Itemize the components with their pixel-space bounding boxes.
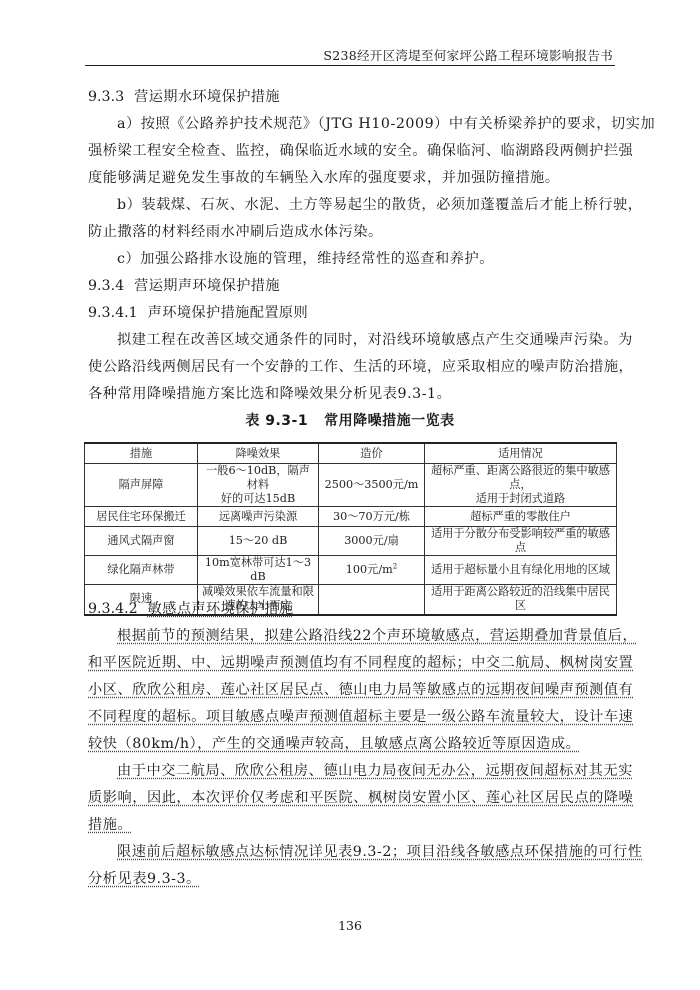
paragraph-line: 不同程度的超标。项目敏感点噪声预测值超标主要是一级公路车流量较大，设计车速 — [88, 704, 614, 731]
column-header: 造价 — [319, 443, 425, 464]
paragraph-line: 由于中交二航局、欣欣公租房、德山电力局夜间无办公，远期夜间超标对其无实 — [88, 758, 614, 785]
tracked-text: 由于中交二航局、欣欣公租房、德山电力局夜间无办公，远期夜间超标对其无实 — [117, 763, 633, 779]
section-number: 9.3.4.1 — [88, 300, 138, 327]
document-body: 9.3.3营运期水环境保护措施 a）按照《公路养护技术规范》（JTG H10-2… — [88, 84, 614, 408]
paragraph-line: 和平医院近期、中、远期噪声预测值均有不同程度的超标；中交二航局、枫树岗安置 — [88, 650, 614, 677]
table-caption: 表 9.3-1常用降噪措施一览表 — [0, 410, 700, 430]
document-title: S238经开区湾堤至何家坪公路工程环境影响报告书 — [323, 46, 613, 64]
tracked-text: 小区、欣欣公租房、莲心社区居民点、德山电力局等敏感点的远期夜间噪声预测值有 — [88, 682, 633, 698]
paragraph-line: a）按照《公路养护技术规范》（JTG H10-2009）中有关桥梁养护的要求，切… — [88, 111, 614, 138]
section-number: 9.3.4.2 — [88, 596, 138, 623]
table-row: 通风式隔声窗 15～20 dB 3000元/扇 适用于分散分布受影响较严重的敏感… — [85, 527, 617, 556]
paragraph-line: b）装载煤、石灰、水泥、土方等易起尘的散货，必须加蓬覆盖后才能上桥行驶， — [88, 192, 614, 219]
table-row: 绿化隔声林带 10m宽林带可达1～3 dB 100元/m2 适用于超标量小且有绿… — [85, 556, 617, 585]
section-title: 敏感点声环境保护措施 — [148, 601, 294, 617]
cell-applicability: 适用于超标量小且有绿化用地的区域 — [425, 556, 617, 585]
paragraph-line: 度能够满足避免发生事故的车辆坠入水库的强度要求，并加强防撞措施。 — [88, 165, 614, 192]
cell-cost: 2500～3500元/m — [319, 464, 425, 507]
cell-text: 一般6～10dB，隔声材料 — [201, 464, 315, 492]
cell-effect: 15～20 dB — [198, 527, 319, 556]
table-row: 隔声屏障 一般6～10dB，隔声材料好的可达15dB 2500～3500元/m … — [85, 464, 617, 507]
section-title: 营运期水环境保护措施 — [134, 89, 280, 105]
document-body-continued: 9.3.4.2敏感点声环境保护措施 根据前节的预测结果，拟建公路沿线22个声环境… — [88, 596, 614, 893]
paragraph-line: 分析见表9.3-3。 — [88, 866, 614, 893]
column-header: 降噪效果 — [198, 443, 319, 464]
page-header: S238经开区湾堤至何家坪公路工程环境影响报告书 — [85, 44, 615, 66]
paragraph-line: 措施。 — [88, 812, 614, 839]
noise-measures-table: 措施 降噪效果 造价 适用情况 隔声屏障 一般6～10dB，隔声材料好的可达15… — [84, 442, 617, 616]
cell-text: 100元/m — [346, 563, 393, 576]
column-header: 措施 — [85, 443, 198, 464]
cell-text: 适用于封闭式道路 — [428, 492, 613, 506]
table-caption-title: 常用降噪措施一览表 — [324, 413, 455, 429]
cell-cost: 100元/m2 — [319, 556, 425, 585]
table-header-row: 措施 降噪效果 造价 适用情况 — [85, 443, 617, 464]
page-number: 136 — [0, 918, 700, 933]
tracked-text: 分析见表9.3-3。 — [88, 871, 201, 887]
tracked-text: 质影响，因此，本次评价仅考虑和平医院、枫树岗安置小区、莲心社区居民点的降噪 — [88, 790, 633, 806]
tracked-text: 较快（80km/h），产生的交通噪声较高，且敏感点离公路较近等原因造成。 — [88, 736, 580, 752]
paragraph-line: 防止撒落的材料经雨水冲刷后造成水体污染。 — [88, 219, 614, 246]
paragraph-line: 拟建工程在改善区域交通条件的同时，对沿线环境敏感点产生交通噪声污染。为 — [88, 327, 614, 354]
table-caption-number: 表 9.3-1 — [245, 413, 308, 429]
tracked-text: 不同程度的超标。项目敏感点噪声预测值超标主要是一级公路车流量较大，设计车速 — [88, 709, 633, 725]
cell-cost: 30～70万元/栋 — [319, 507, 425, 527]
section-heading-9-3-4-1: 9.3.4.1声环境保护措施配置原则 — [88, 300, 614, 327]
section-heading-9-3-3: 9.3.3营运期水环境保护措施 — [88, 84, 614, 111]
tracked-text: 根据前节的预测结果，拟建公路沿线22个声环境敏感点，营运期叠加背景值后， — [117, 628, 637, 644]
cell-effect: 远离噪声污染源 — [198, 507, 319, 527]
tracked-text: 限速前后超标敏感点达标情况详见表9.3-2；项目沿线各敏感点环保措施的可行性 — [117, 844, 642, 860]
cell-effect: 10m宽林带可达1～3 dB — [198, 556, 319, 585]
cell-text: 好的可达15dB — [201, 492, 315, 506]
superscript: 2 — [393, 562, 397, 570]
cell-applicability: 超标严重、距离公路很近的集中敏感点，适用于封闭式道路 — [425, 464, 617, 507]
cell-applicability: 适用于分散分布受影响较严重的敏感点 — [425, 527, 617, 556]
column-header: 适用情况 — [425, 443, 617, 464]
paragraph-line: 小区、欣欣公租房、莲心社区居民点、德山电力局等敏感点的远期夜间噪声预测值有 — [88, 677, 614, 704]
table-row: 居民住宅环保搬迁 远离噪声污染源 30～70万元/栋 超标严重的零散住户 — [85, 507, 617, 527]
cell-measure: 隔声屏障 — [85, 464, 198, 507]
section-heading-9-3-4-2: 9.3.4.2敏感点声环境保护措施 — [88, 596, 614, 623]
paragraph-line: 根据前节的预测结果，拟建公路沿线22个声环境敏感点，营运期叠加背景值后， — [88, 623, 614, 650]
paragraph-line: 强桥梁工程安全检查、监控，确保临近水域的安全。确保临河、临湖路段两侧护拦强 — [88, 138, 614, 165]
section-number: 9.3.4 — [88, 273, 124, 300]
paragraph-line: 各种常用降噪措施方案比选和降噪效果分析见表9.3-1。 — [88, 381, 614, 408]
paragraph-line: 限速前后超标敏感点达标情况详见表9.3-2；项目沿线各敏感点环保措施的可行性 — [88, 839, 614, 866]
section-number: 9.3.3 — [88, 84, 124, 111]
paragraph-line: c）加强公路排水设施的管理，维持经常性的巡查和养护。 — [88, 246, 614, 273]
section-title: 营运期声环境保护措施 — [134, 278, 280, 294]
tracked-text: 措施。 — [88, 817, 132, 833]
cell-text: 超标严重、距离公路很近的集中敏感点， — [428, 464, 613, 492]
paragraph-line: 使公路沿线两侧居民有一个安静的工作、生活的环境，应采取相应的噪声防治措施， — [88, 354, 614, 381]
cell-cost: 3000元/扇 — [319, 527, 425, 556]
cell-effect: 一般6～10dB，隔声材料好的可达15dB — [198, 464, 319, 507]
cell-measure: 居民住宅环保搬迁 — [85, 507, 198, 527]
section-heading-9-3-4: 9.3.4营运期声环境保护措施 — [88, 273, 614, 300]
paragraph-line: 质影响，因此，本次评价仅考虑和平医院、枫树岗安置小区、莲心社区居民点的降噪 — [88, 785, 614, 812]
section-title: 声环境保护措施配置原则 — [148, 305, 308, 321]
tracked-text: 和平医院近期、中、远期噪声预测值均有不同程度的超标；中交二航局、枫树岗安置 — [88, 655, 633, 671]
paragraph-line: 较快（80km/h），产生的交通噪声较高，且敏感点离公路较近等原因造成。 — [88, 731, 614, 758]
cell-measure: 绿化隔声林带 — [85, 556, 198, 585]
cell-measure: 通风式隔声窗 — [85, 527, 198, 556]
cell-applicability: 超标严重的零散住户 — [425, 507, 617, 527]
